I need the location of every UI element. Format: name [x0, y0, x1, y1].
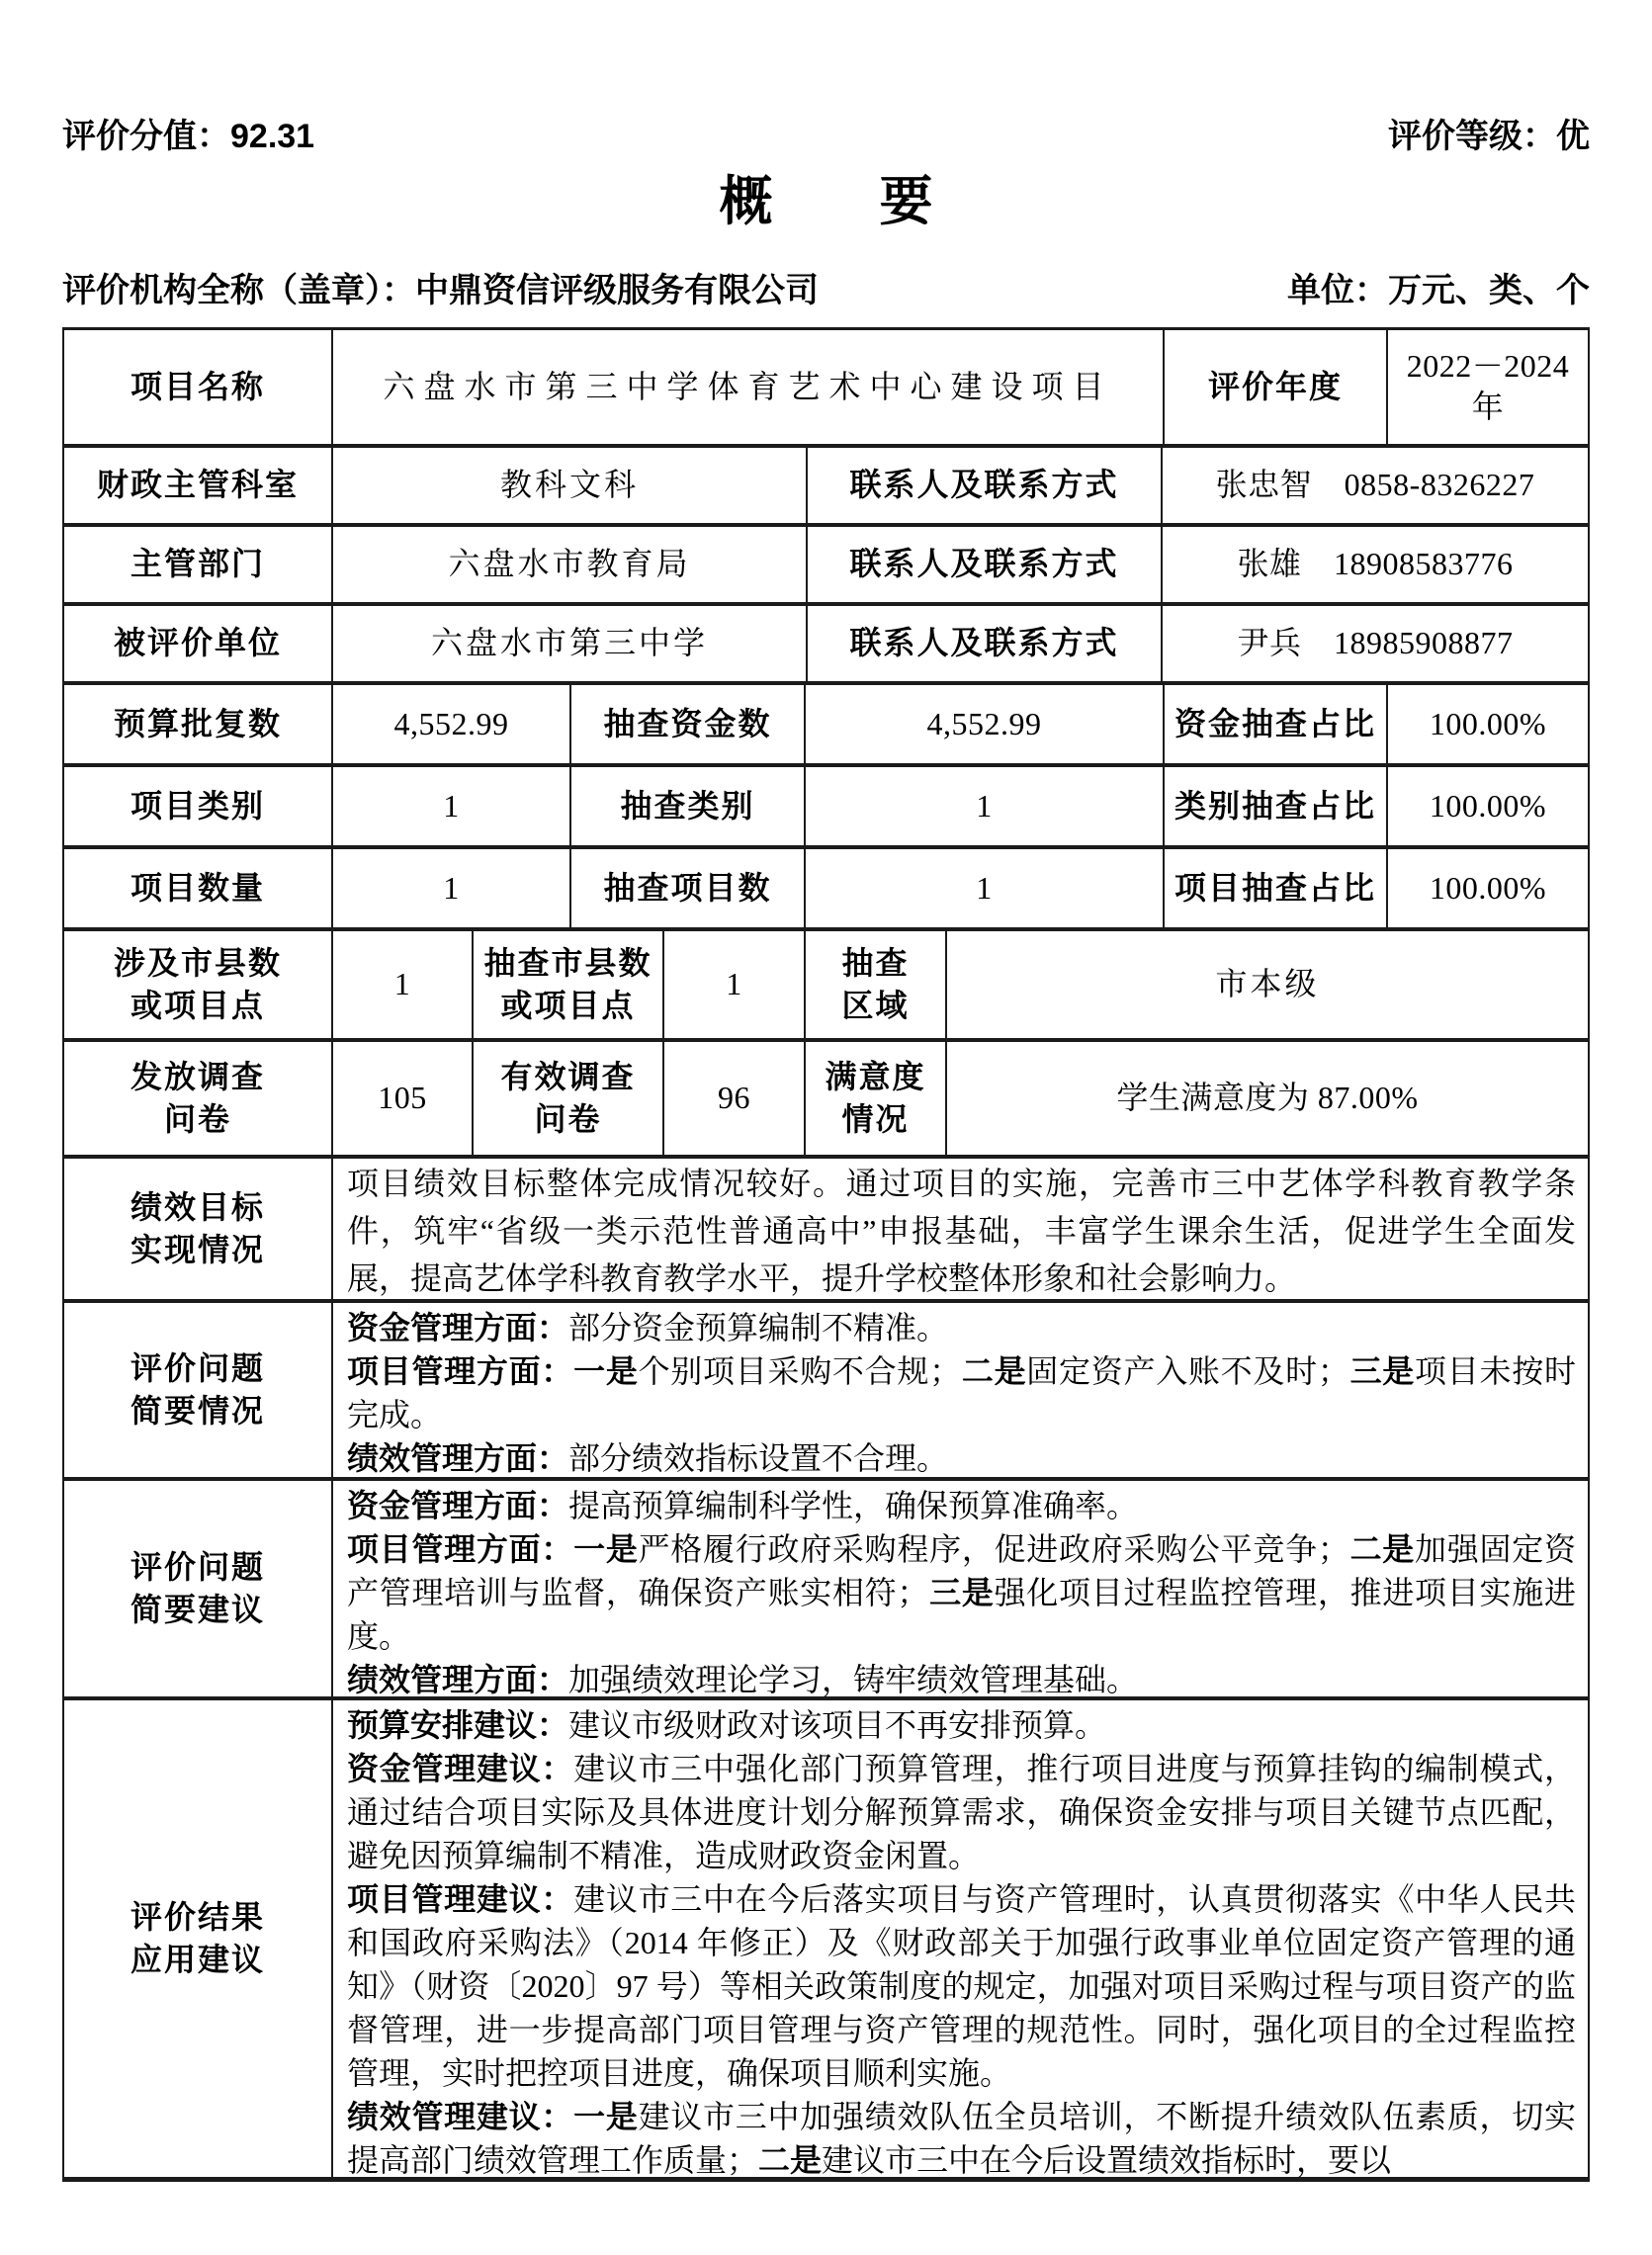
issues-paragraph-performance: 绩效管理方面：部分绩效指标设置不合理。	[347, 1436, 1576, 1477]
project-ratio-label: 项目抽查占比	[1163, 849, 1386, 927]
finance-dept-value: 教科文科	[331, 448, 806, 523]
questionnaire-valid-value: 96	[662, 1042, 804, 1155]
table-row-category: 项目类别 1 抽查类别 1 类别抽查占比 100.00%	[64, 763, 1588, 845]
goal-label: 绩效目标 实现情况	[64, 1159, 331, 1299]
budget-label: 预算批复数	[64, 685, 331, 763]
table-row-goal: 绩效目标 实现情况 项目绩效目标整体完成情况较好。通过项目的实施，完善市三中艺体…	[64, 1155, 1588, 1299]
sampled-category-label: 抽查类别	[569, 767, 804, 845]
budget-value: 4,552.99	[331, 685, 569, 763]
contact-label: 联系人及联系方式	[806, 448, 1161, 523]
sampled-funds-value: 4,552.99	[804, 685, 1163, 763]
category-ratio-label: 类别抽查占比	[1163, 767, 1386, 845]
application-paragraph-project: 项目管理建议：建议市三中在今后落实项目与资产管理时，认真贯彻落实《中华人民共和国…	[347, 1877, 1576, 2095]
sampled-project-label: 抽查项目数	[569, 849, 804, 927]
finance-dept-label: 财政主管科室	[64, 448, 331, 523]
contact-value: 张忠智 0858-8326227	[1161, 448, 1588, 523]
suggestions-paragraph-performance: 绩效管理方面：加强绩效理论学习，铸牢绩效管理基础。	[347, 1658, 1576, 1696]
project-count-label: 项目数量	[64, 849, 331, 927]
contact-value: 张雄 18908583776	[1161, 527, 1588, 602]
questionnaire-valid-label: 有效调查 问卷	[472, 1042, 662, 1155]
page-title: 概 要	[62, 173, 1590, 231]
sampled-counties-label: 抽查市县数 或项目点	[472, 931, 662, 1038]
questionnaire-sent-label: 发放调查 问卷	[64, 1042, 331, 1155]
summary-table: 项目名称 六盘水市第三中学体育艺术中心建设项目 评价年度 2022－2024 年…	[62, 327, 1590, 2182]
issues-paragraph-project: 项目管理方面：一是个别项目采购不合规；二是固定资产入账不及时；三是项目未按时完成…	[347, 1349, 1576, 1436]
application-paragraph-funds: 资金管理建议：建议市三中强化部门预算管理，推行项目进度与预算挂钩的编制模式，通过…	[347, 1747, 1576, 1877]
issues-label: 评价问题 简要情况	[64, 1303, 331, 1477]
supervisor-dept-value: 六盘水市教育局	[331, 527, 806, 602]
category-label: 项目类别	[64, 767, 331, 845]
table-row-evaluated-unit: 被评价单位 六盘水市第三中学 联系人及联系方式 尹兵 18985908877	[64, 602, 1588, 681]
table-row-project: 项目名称 六盘水市第三中学体育艺术中心建设项目 评价年度 2022－2024 年	[64, 330, 1588, 444]
evaluation-year-label: 评价年度	[1163, 330, 1386, 444]
table-row-counties: 涉及市县数 或项目点 1 抽查市县数 或项目点 1 抽查 区域 市本级	[64, 927, 1588, 1038]
evaluation-year-value: 2022－2024 年	[1386, 330, 1588, 444]
counties-value: 1	[331, 931, 472, 1038]
application-paragraph-performance: 绩效管理建议：一是建议市三中加强绩效队伍全员培训，不断提升绩效队伍素质，切实提高…	[347, 2095, 1576, 2177]
suggestions-label: 评价问题 简要建议	[64, 1481, 331, 1696]
document-content: 评价分值：92.31 评价等级：优 概 要 评价机构全称（盖章）：中鼎资信评级服…	[0, 0, 1652, 2182]
sampled-funds-label: 抽查资金数	[569, 685, 804, 763]
sampled-counties-value: 1	[662, 931, 804, 1038]
evaluated-unit-value: 六盘水市第三中学	[331, 606, 806, 681]
funds-ratio-label: 资金抽查占比	[1163, 685, 1386, 763]
table-row-questionnaire: 发放调查 问卷 105 有效调查 问卷 96 满意度 情况 学生满意度为 87.…	[64, 1038, 1588, 1155]
unit-note: 单位：万元、类、个	[1287, 271, 1590, 311]
application-label: 评价结果 应用建议	[64, 1700, 331, 2177]
contact-value: 尹兵 18985908877	[1161, 606, 1588, 681]
project-name-label: 项目名称	[64, 330, 331, 444]
category-ratio-value: 100.00%	[1386, 767, 1588, 845]
table-row-issues: 评价问题 简要情况 资金管理方面：部分资金预算编制不精准。 项目管理方面：一是个…	[64, 1299, 1588, 1477]
suggestions-paragraph-funds: 资金管理方面：提高预算编制科学性，确保预算准确率。	[347, 1484, 1576, 1527]
goal-text: 项目绩效目标整体完成情况较好。通过项目的实施，完善市三中艺体学科教育教学条件，筑…	[331, 1159, 1588, 1299]
table-row-suggestions: 评价问题 简要建议 资金管理方面：提高预算编制科学性，确保预算准确率。 项目管理…	[64, 1477, 1588, 1696]
table-row-supervisor-dept: 主管部门 六盘水市教育局 联系人及联系方式 张雄 18908583776	[64, 523, 1588, 602]
document-page: 评价分值：92.31 评价等级：优 概 要 评价机构全称（盖章）：中鼎资信评级服…	[0, 0, 1652, 2255]
contact-label: 联系人及联系方式	[806, 606, 1161, 681]
goal-paragraph: 项目绩效目标整体完成情况较好。通过项目的实施，完善市三中艺体学科教育教学条件，筑…	[347, 1160, 1576, 1299]
questionnaire-sent-value: 105	[331, 1042, 472, 1155]
evaluated-unit-label: 被评价单位	[64, 606, 331, 681]
application-paragraph-budget: 预算安排建议：建议市级财政对该项目不再安排预算。	[347, 1703, 1576, 1747]
satisfaction-label: 满意度 情况	[804, 1042, 945, 1155]
sampled-category-value: 1	[804, 767, 1163, 845]
sample-region-label: 抽查 区域	[804, 931, 945, 1038]
counties-label: 涉及市县数 或项目点	[64, 931, 331, 1038]
sample-region-value: 市本级	[945, 931, 1588, 1038]
project-count-value: 1	[331, 849, 569, 927]
sampled-project-value: 1	[804, 849, 1163, 927]
header-line-score: 评价分值：92.31 评价等级：优	[62, 0, 1590, 157]
table-row-finance-dept: 财政主管科室 教科文科 联系人及联系方式 张忠智 0858-8326227	[64, 444, 1588, 523]
application-text: 预算安排建议：建议市级财政对该项目不再安排预算。 资金管理建议：建议市三中强化部…	[331, 1700, 1588, 2177]
supervisor-dept-label: 主管部门	[64, 527, 331, 602]
issues-text: 资金管理方面：部分资金预算编制不精准。 项目管理方面：一是个别项目采购不合规；二…	[331, 1303, 1588, 1477]
table-row-application: 评价结果 应用建议 预算安排建议：建议市级财政对该项目不再安排预算。 资金管理建…	[64, 1696, 1588, 2177]
table-row-budget: 预算批复数 4,552.99 抽查资金数 4,552.99 资金抽查占比 100…	[64, 681, 1588, 763]
contact-label: 联系人及联系方式	[806, 527, 1161, 602]
suggestions-paragraph-project: 项目管理方面：一是严格履行政府采购程序，促进政府采购公平竞争；二是加强固定资产管…	[347, 1527, 1576, 1658]
project-name-value: 六盘水市第三中学体育艺术中心建设项目	[331, 330, 1163, 444]
evaluation-grade: 评价等级：优	[1388, 117, 1590, 157]
table-row-project-count: 项目数量 1 抽查项目数 1 项目抽查占比 100.00%	[64, 845, 1588, 927]
evaluation-agency: 评价机构全称（盖章）：中鼎资信评级服务有限公司	[62, 271, 819, 311]
suggestions-text: 资金管理方面：提高预算编制科学性，确保预算准确率。 项目管理方面：一是严格履行政…	[331, 1481, 1588, 1696]
category-value: 1	[331, 767, 569, 845]
funds-ratio-value: 100.00%	[1386, 685, 1588, 763]
satisfaction-value: 学生满意度为 87.00%	[945, 1042, 1588, 1155]
project-ratio-value: 100.00%	[1386, 849, 1588, 927]
issues-paragraph-funds: 资金管理方面：部分资金预算编制不精准。	[347, 1306, 1576, 1349]
header-line-agency: 评价机构全称（盖章）：中鼎资信评级服务有限公司 单位：万元、类、个	[62, 271, 1590, 311]
evaluation-score: 评价分值：92.31	[62, 117, 314, 157]
